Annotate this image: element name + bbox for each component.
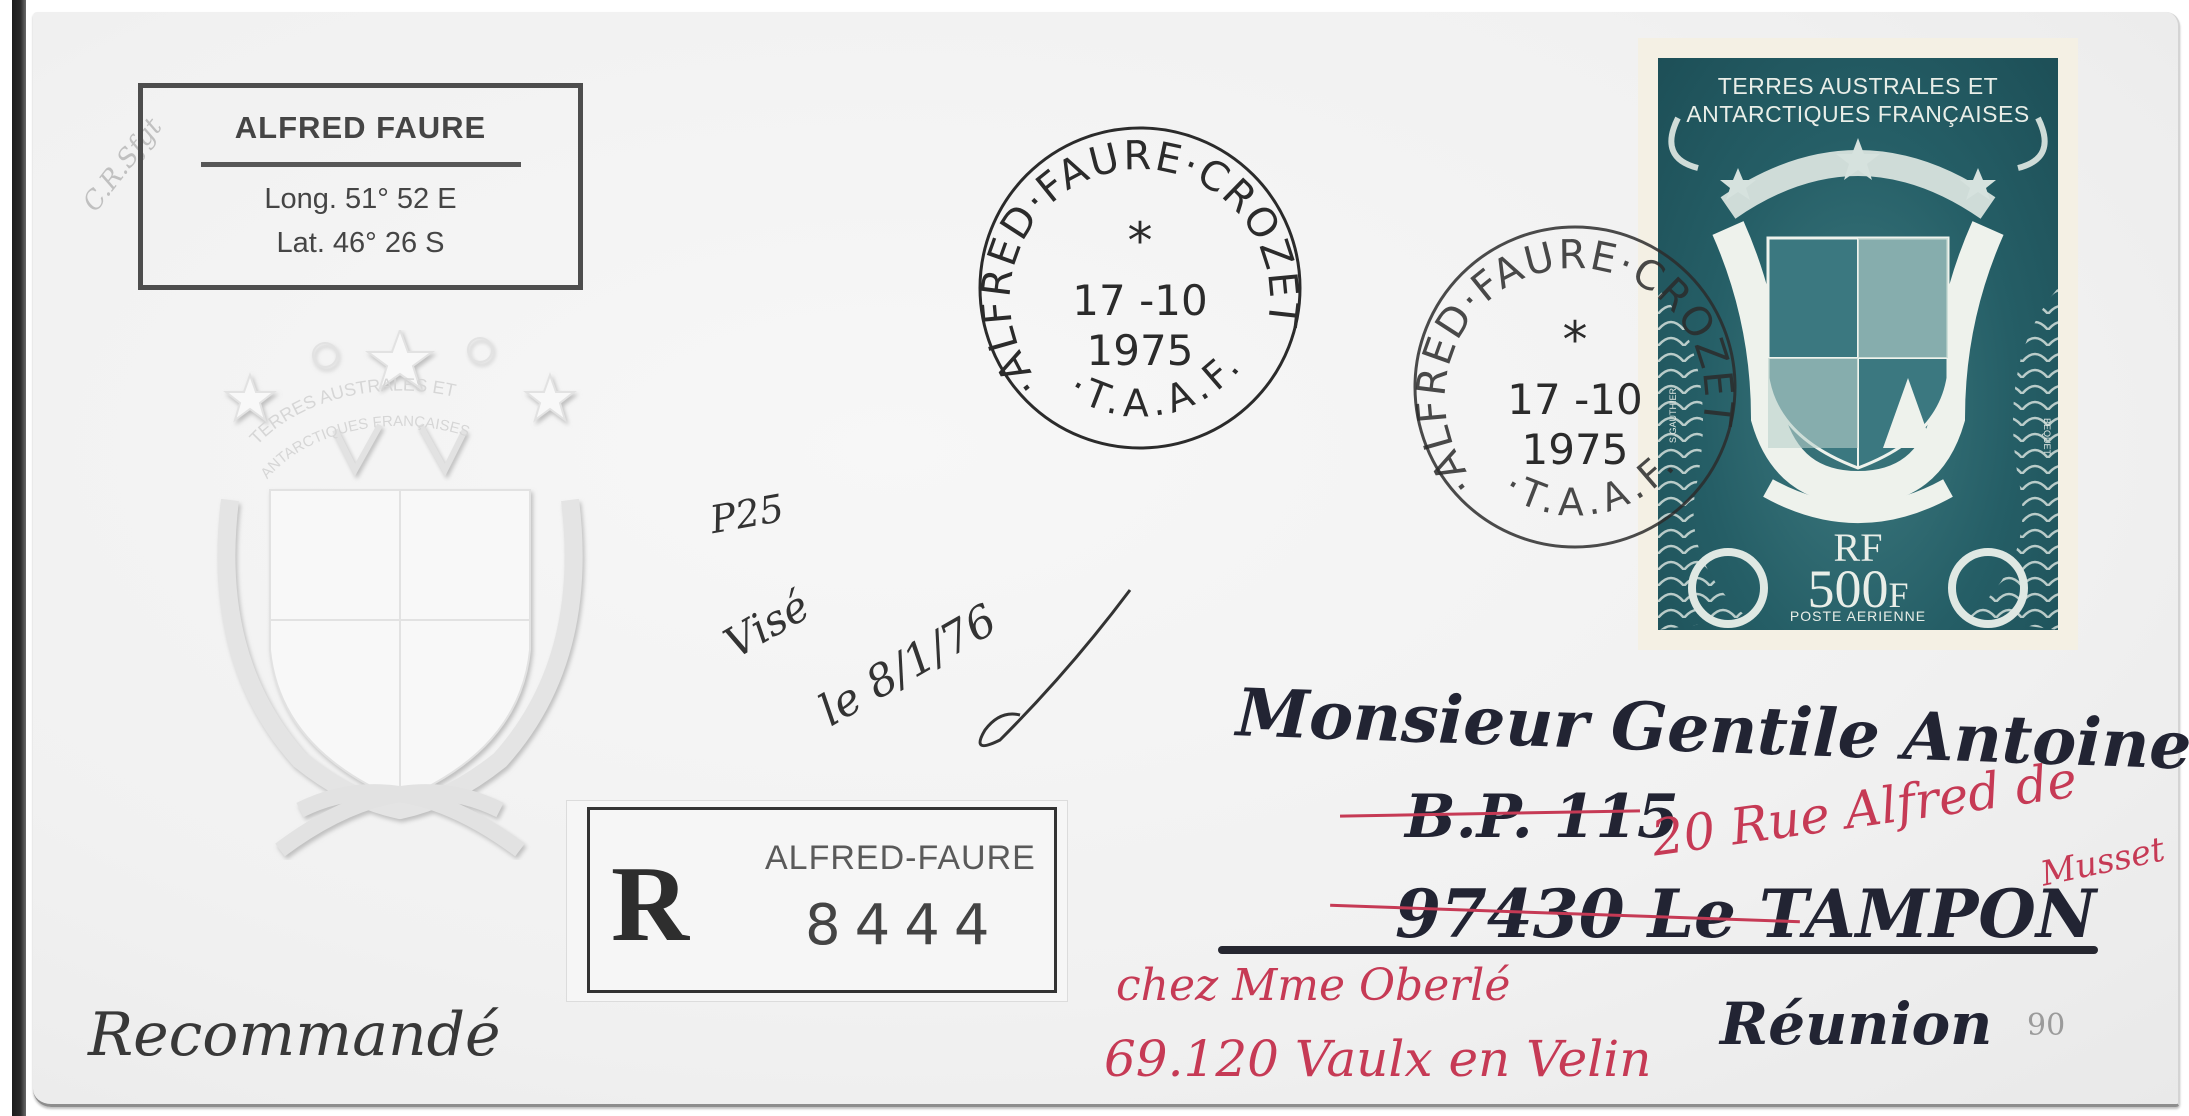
svg-text:17 -10: 17 -10: [1072, 276, 1207, 325]
forwarding-line-1: chez Mme Oberlé: [1116, 960, 1510, 1011]
registration-label: R ALFRED-FAURE 8444: [566, 800, 1068, 1002]
cachet-latitude: Lat. 46° 26 S: [143, 221, 578, 265]
address-underline: [1218, 946, 2098, 954]
cachet-title: ALFRED FAURE: [143, 110, 578, 146]
svg-text:1975: 1975: [1087, 326, 1194, 375]
registered-endorsement: Recommandé: [88, 1000, 501, 1070]
svg-text:*: *: [1563, 311, 1588, 369]
pencil-signature: [960, 580, 1140, 760]
stamp-header: TERRES AUSTRALES ET ANTARCTIQUES FRANÇAI…: [1658, 72, 2058, 128]
registration-letter: R: [611, 843, 689, 967]
cachet-divider: [201, 162, 521, 167]
stamp-service: POSTE AERIENNE: [1658, 608, 2058, 624]
postmark-2: ·ALFRED·FAURE·CROZET ·T.A.A.F. * 17 -10 …: [1410, 222, 1740, 552]
address-po-box: B.P. 115: [1405, 782, 1679, 852]
svg-text:*: *: [1128, 212, 1153, 270]
address-city: 97430 Le TAMPON: [1395, 875, 2096, 953]
station-cachet: ALFRED FAURE Long. 51° 52 E Lat. 46° 26 …: [138, 83, 583, 290]
embossed-coat-of-arms: TERRES AUSTRALES ET ANTARCTIQUES FRANÇAI…: [150, 330, 650, 860]
address-country: Réunion: [1720, 990, 1992, 1058]
postmark-1: ·ALFRED·FAURE·CROZET ·T.A.A.F. * 17 -10 …: [975, 123, 1305, 453]
svg-text:17 -10: 17 -10: [1507, 375, 1642, 424]
cachet-longitude: Long. 51° 52 E: [143, 177, 578, 221]
registration-office: ALFRED-FAURE: [765, 839, 1036, 878]
registration-number: 8444: [805, 893, 1004, 958]
svg-text:1975: 1975: [1522, 425, 1629, 474]
forwarding-line-2: 69.120 Vaulx en Velin: [1104, 1030, 1651, 1088]
price-note: 90: [2027, 1008, 2065, 1043]
scan-border: [12, 0, 26, 1116]
stamp-engraver: BEQUET: [2042, 418, 2052, 455]
